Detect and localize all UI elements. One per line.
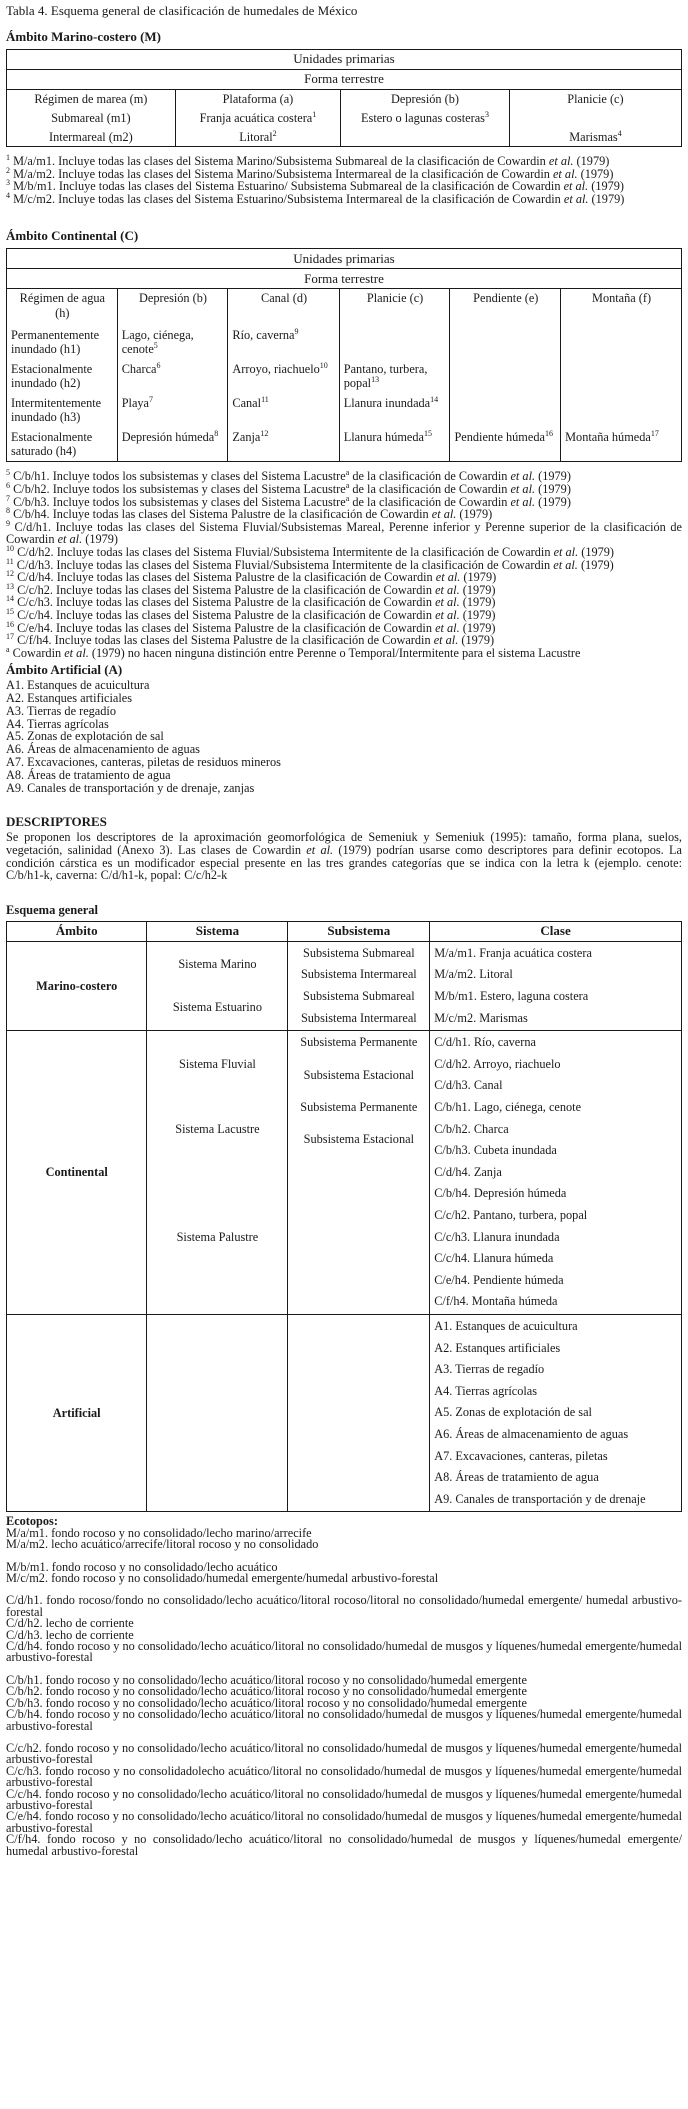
ecotopo-item: C/e/h4. fondo rocoso y no consolidado/le… <box>6 1811 682 1834</box>
footnote-ref: 13 <box>371 375 379 384</box>
footnote-ref: 7 <box>149 395 153 404</box>
continental-row: Permanentemente inundado (h1)Lago, ciéne… <box>7 326 682 360</box>
marine-row: Intermareal (m2)Litoral2Marismas4 <box>7 128 682 147</box>
continental-table: Unidades primarias Forma terrestre Régim… <box>6 248 682 462</box>
clase-item: C/e/h4. Pendiente húmeda <box>430 1270 681 1292</box>
water-regime-cell: Estacionalmente saturado (h4) <box>7 428 118 462</box>
subsistema-cell: Subsistema SubmarealSubsistema Intermare… <box>288 941 430 1030</box>
footnote-ref: 1 <box>312 110 316 119</box>
general-scheme-table: ÁmbitoSistemaSubsistemaClase Marino-cost… <box>6 921 682 1513</box>
clase-item: C/b/h1. Lago, ciénega, cenote <box>430 1097 681 1119</box>
continental-row: Estacionalmente inundado (h2)Charca6Arro… <box>7 360 682 394</box>
clase-item: C/d/h1. Río, caverna <box>430 1032 681 1054</box>
artificial-item: A3. Tierras de regadío <box>6 705 682 718</box>
clase-item: M/b/m1. Estero, laguna costera <box>430 986 681 1008</box>
clase-item: C/c/h4. Llanura húmeda <box>430 1248 681 1270</box>
sistema-cell: Sistema MarinoSistema Estuarino <box>147 941 288 1030</box>
clase-item: M/c/m2. Marismas <box>430 1008 681 1030</box>
marine-cell <box>509 110 681 129</box>
ecotopo-item: C/c/h2. fondo rocoso y no consolidado/le… <box>6 1743 682 1766</box>
general-column-header: Sistema <box>147 921 288 941</box>
marine-cell: Estero o lagunas costeras3 <box>341 110 510 129</box>
marine-cell <box>341 128 510 147</box>
sistema-label: Sistema Marino <box>147 954 287 976</box>
general-group-row: ArtificialA1. Estanques de acuiculturaA2… <box>7 1315 682 1512</box>
continental-cell: Pendiente húmeda16 <box>450 428 561 462</box>
clase-item: A1. Estanques de acuicultura <box>430 1316 681 1338</box>
artificial-item: A2. Estanques artificiales <box>6 692 682 705</box>
marine-section-title: Ámbito Marino-costero (M) <box>6 28 682 46</box>
lacustre-note: a Cowardin et al. (1979) no hacen ningun… <box>6 647 682 660</box>
footnote-ref: 8 <box>214 429 218 438</box>
continental-cell: Depresión húmeda8 <box>117 428 228 462</box>
descriptores-title: DESCRIPTORES <box>6 813 682 831</box>
marine-cell: Intermareal (m2) <box>7 128 176 147</box>
clase-item: A3. Tierras de regadío <box>430 1359 681 1381</box>
continental-cell: Charca6 <box>117 360 228 394</box>
clase-item: A6. Áreas de almacenamiento de aguas <box>430 1424 681 1446</box>
footnote: 6 C/b/h2. Incluye todos los subsistemas … <box>6 483 682 496</box>
continental-cell: Llanura inundada14 <box>339 394 450 428</box>
artificial-item: A7. Excavaciones, canteras, piletas de r… <box>6 756 682 769</box>
marine-row: Submareal (m1)Franja acuática costera1Es… <box>7 110 682 129</box>
clase-item: C/b/h3. Cubeta inundada <box>430 1140 681 1162</box>
ecotopos-section: Ecotopos: M/a/m1. fondo rocoso y no cons… <box>6 1516 682 1857</box>
clase-item: A9. Canales de transportación y de drena… <box>430 1489 681 1511</box>
marine-cell: Franja acuática costera1 <box>175 110 340 129</box>
ecotopo-item: C/f/h4. fondo rocoso y no consolidado/le… <box>6 1834 682 1857</box>
clase-item: C/c/h2. Pantano, turbera, popal <box>430 1205 681 1227</box>
continental-cell <box>561 326 682 360</box>
ecotopo-item: C/d/h1. fondo rocoso/fondo no consolidad… <box>6 1595 682 1618</box>
subsistema-label: Subsistema Permanente <box>288 1032 429 1054</box>
footnote-ref: 12 <box>260 429 268 438</box>
sistema-label: Sistema Fluvial <box>147 1054 287 1076</box>
continental-row: Intermitentemente inundado (h3)Playa7Can… <box>7 394 682 428</box>
clase-cell: C/d/h1. Río, cavernaC/d/h2. Arroyo, riac… <box>430 1031 682 1315</box>
ambito-cell: Marino-costero <box>7 941 147 1030</box>
continental-column-header: Pendiente (e) <box>450 289 561 326</box>
general-group-row: Marino-costeroSistema MarinoSistema Estu… <box>7 941 682 1030</box>
clase-item: A4. Tierras agrícolas <box>430 1381 681 1403</box>
clase-item: A8. Áreas de tratamiento de agua <box>430 1467 681 1489</box>
continental-cell: Lago, ciénega, cenote5 <box>117 326 228 360</box>
ecotopo-item: C/c/h4. fondo rocoso y no consolidado/le… <box>6 1789 682 1812</box>
ecotopo-item: M/c/m2. fondo rocoso y no consolidado/hu… <box>6 1573 682 1584</box>
footnote: 4 M/c/m2. Incluye todas las clases del S… <box>6 193 682 206</box>
ambito-cell: Continental <box>7 1031 147 1315</box>
artificial-list: A1. Estanques de acuiculturaA2. Estanque… <box>6 679 682 794</box>
marine-column-header: Depresión (b) <box>341 90 510 110</box>
marine-footnotes: 1 M/a/m1. Incluye todas las clases del S… <box>6 155 682 205</box>
subsistema-label: Subsistema Intermareal <box>288 1008 429 1030</box>
sistema-label: Sistema Estuarino <box>147 997 287 1019</box>
subsistema-label: Subsistema Estacional <box>288 1129 429 1151</box>
ambito-cell: Artificial <box>7 1315 147 1512</box>
clase-item: C/b/h2. Charca <box>430 1119 681 1141</box>
subsistema-label: Subsistema Submareal <box>288 943 429 965</box>
continental-column-header: Depresión (b) <box>117 289 228 326</box>
table-caption: Tabla 4. Esquema general de clasificació… <box>6 2 682 20</box>
artificial-section-title: Ámbito Artificial (A) <box>6 661 682 679</box>
clase-item: C/f/h4. Montaña húmeda <box>430 1291 681 1313</box>
continental-cell <box>450 394 561 428</box>
ecotopo-item: C/b/h4. fondo rocoso y no consolidado/le… <box>6 1709 682 1732</box>
footnote: 15 C/c/h4. Incluye todas las clases del … <box>6 609 682 622</box>
continental-column-header: Planicie (c) <box>339 289 450 326</box>
water-regime-cell: Permanentemente inundado (h1) <box>7 326 118 360</box>
footnote-ref: 2 <box>273 129 277 138</box>
continental-row: Estacionalmente saturado (h4)Depresión h… <box>7 428 682 462</box>
sistema-cell <box>147 1315 288 1512</box>
continental-cell: Pantano, turbera, popal13 <box>339 360 450 394</box>
continental-cell: Canal11 <box>228 394 339 428</box>
sistema-label: Sistema Palustre <box>147 1227 287 1249</box>
footnote-ref: 9 <box>295 327 299 336</box>
footnote: 8 C/b/h4. Incluye todas las clases del S… <box>6 508 682 521</box>
clase-item: C/d/h2. Arroyo, riachuelo <box>430 1054 681 1076</box>
sistema-label: Sistema Lacustre <box>147 1119 287 1141</box>
clase-item: C/d/h3. Canal <box>430 1075 681 1097</box>
continental-column-header: Montaña (f) <box>561 289 682 326</box>
general-group-row: ContinentalSistema FluvialSistema Lacust… <box>7 1031 682 1315</box>
continental-footnotes: 5 C/b/h1. Incluye todos los subsistemas … <box>6 470 682 646</box>
footnote-ref: 11 <box>261 395 269 404</box>
marine-header-primary: Unidades primarias <box>7 50 682 70</box>
water-regime-cell: Estacionalmente inundado (h2) <box>7 360 118 394</box>
clase-item: A7. Excavaciones, canteras, piletas <box>430 1446 681 1468</box>
continental-column-header: Régimen de agua (h) <box>7 289 118 326</box>
continental-cell <box>339 326 450 360</box>
continental-cell <box>561 394 682 428</box>
footnote-ref: 6 <box>157 361 161 370</box>
continental-cell: Zanja12 <box>228 428 339 462</box>
ecotopo-item: C/d/h4. fondo rocoso y no consolidado/le… <box>6 1641 682 1664</box>
marine-column-header: Planicie (c) <box>509 90 681 110</box>
water-regime-cell: Intermitentemente inundado (h3) <box>7 394 118 428</box>
continental-cell <box>450 360 561 394</box>
continental-cell: Montaña húmeda17 <box>561 428 682 462</box>
marine-column-header: Plataforma (a) <box>175 90 340 110</box>
artificial-item: A9. Canales de transportación y de drena… <box>6 782 682 795</box>
ecotopo-item: C/c/h3. fondo rocoso y no consolidadolec… <box>6 1766 682 1789</box>
clase-item: A5. Zonas de explotación de sal <box>430 1402 681 1424</box>
continental-cell: Río, caverna9 <box>228 326 339 360</box>
general-column-header: Clase <box>430 921 682 941</box>
clase-cell: M/a/m1. Franja acuática costeraM/a/m2. L… <box>430 941 682 1030</box>
descriptores-text: Se proponen los descriptores de la aprox… <box>6 831 682 881</box>
continental-cell <box>450 326 561 360</box>
footnote-ref: 14 <box>430 395 438 404</box>
ecotopo-item: M/a/m2. lecho acuático/arrecife/litoral … <box>6 1539 682 1550</box>
marine-cell: Litoral2 <box>175 128 340 147</box>
marine-column-header: Régimen de marea (m) <box>7 90 176 110</box>
footnote: 10 C/d/h2. Incluye todas las clases del … <box>6 546 682 559</box>
general-column-header: Subsistema <box>288 921 430 941</box>
artificial-item: A8. Áreas de tratamiento de agua <box>6 769 682 782</box>
clase-item: A2. Estanques artificiales <box>430 1338 681 1360</box>
subsistema-label: Subsistema Submareal <box>288 986 429 1008</box>
footnote-ref: 4 <box>618 129 622 138</box>
marine-cell: Submareal (m1) <box>7 110 176 129</box>
continental-column-header: Canal (d) <box>228 289 339 326</box>
subsistema-label: Subsistema Permanente <box>288 1097 429 1119</box>
clase-item: M/a/m2. Litoral <box>430 964 681 986</box>
footnote-ref: 15 <box>424 429 432 438</box>
document-page: Tabla 4. Esquema general de clasificació… <box>6 2 682 1857</box>
general-column-header: Ámbito <box>7 921 147 941</box>
marine-table: Unidades primarias Forma terrestre Régim… <box>6 49 682 147</box>
footnote: 12 C/d/h4. Incluye todas las clases del … <box>6 571 682 584</box>
marine-header-landform: Forma terrestre <box>7 70 682 90</box>
clase-item: C/d/h4. Zanja <box>430 1162 681 1184</box>
clase-item: M/a/m1. Franja acuática costera <box>430 943 681 965</box>
footnote: 9 C/d/h1. Incluye todas las clases del S… <box>6 521 682 546</box>
continental-cell <box>561 360 682 394</box>
subsistema-label: Subsistema Estacional <box>288 1065 429 1087</box>
subsistema-label: Subsistema Intermareal <box>288 964 429 986</box>
clase-cell: A1. Estanques de acuiculturaA2. Estanque… <box>430 1315 682 1512</box>
continental-cell: Playa7 <box>117 394 228 428</box>
continental-cell: Arroyo, riachuelo10 <box>228 360 339 394</box>
subsistema-cell <box>288 1315 430 1512</box>
continental-header-primary: Unidades primarias <box>7 249 682 269</box>
footnote-ref: 17 <box>651 429 659 438</box>
continental-section-title: Ámbito Continental (C) <box>6 227 682 245</box>
continental-header-landform: Forma terrestre <box>7 269 682 289</box>
continental-cell: Llanura húmeda15 <box>339 428 450 462</box>
sistema-cell: Sistema FluvialSistema LacustreSistema P… <box>147 1031 288 1315</box>
clase-item: C/b/h4. Depresión húmeda <box>430 1183 681 1205</box>
marine-cell: Marismas4 <box>509 128 681 147</box>
footnote-ref: 3 <box>485 110 489 119</box>
footnote-ref: 16 <box>545 429 553 438</box>
clase-item: C/c/h3. Llanura inundada <box>430 1227 681 1249</box>
subsistema-cell: Subsistema PermanenteSubsistema Estacion… <box>288 1031 430 1315</box>
footnote: 1 M/a/m1. Incluye todas las clases del S… <box>6 155 682 168</box>
footnote-ref: 5 <box>154 341 158 350</box>
general-title: Esquema general <box>6 901 682 919</box>
footnote-ref: 10 <box>320 361 328 370</box>
